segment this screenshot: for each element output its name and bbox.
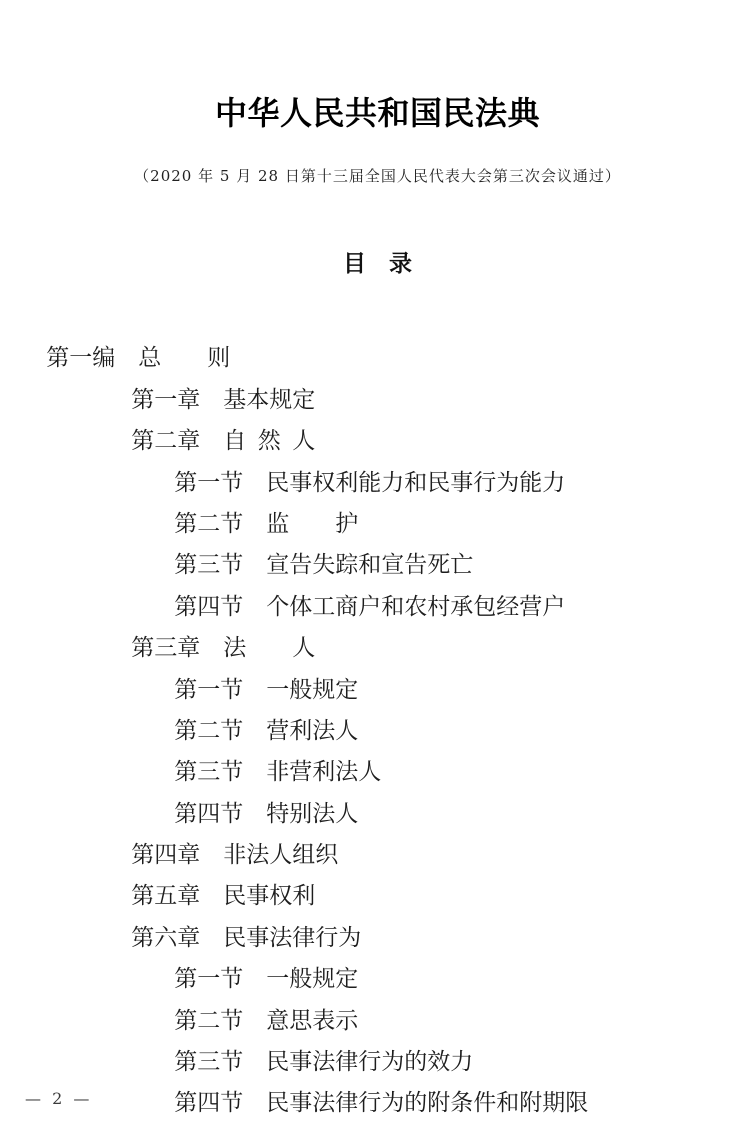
toc-entry-title: 法 人 <box>223 635 315 661</box>
toc-entry-label: 第一编 <box>46 345 115 371</box>
toc-entry-title: 非法人组织 <box>223 842 338 868</box>
toc-entry-label: 第五章 <box>131 883 200 909</box>
page-number: — 2 — <box>25 1089 92 1108</box>
toc-entry-title: 一般规定 <box>266 677 358 703</box>
toc-entry-label: 第三节 <box>174 1049 243 1075</box>
toc-entry-title: 个体工商户和农村承包经营户 <box>266 594 565 620</box>
toc-entry-title: 民事权利能力和民事行为能力 <box>266 470 565 496</box>
toc-entry: 第三节非营利法人 <box>0 711 755 752</box>
toc-entry-title: 监 护 <box>266 511 358 537</box>
toc-entry: 第四章非法人组织 <box>0 794 755 835</box>
toc-entry-title: 营利法人 <box>266 718 358 744</box>
toc-heading: 目 录 <box>0 245 755 278</box>
table-of-contents: 第一编总 则 第一章基本规定 第二章自 然 人 第一节民事权利能力和民事行为能力… <box>0 297 755 1083</box>
toc-entry-label: 第四节 <box>174 801 243 827</box>
toc-entry-label: 第三节 <box>174 759 243 785</box>
toc-entry-title: 民事法律行为 <box>223 925 361 951</box>
toc-entry-title: 特别法人 <box>266 801 358 827</box>
toc-entry-label: 第一节 <box>174 470 243 496</box>
toc-entry-label: 第一节 <box>174 966 243 992</box>
toc-entry-label: 第二节 <box>174 511 243 537</box>
toc-entry-label: 第二章 <box>131 428 200 454</box>
toc-entry-label: 第三节 <box>174 552 243 578</box>
toc-entry-label: 第三章 <box>131 635 200 661</box>
document-subtitle: （2020 年 5 月 28 日第十三届全国人民代表大会第三次会议通过） <box>0 165 755 186</box>
toc-entry: 第三节民事法律行为的效力 <box>0 1001 755 1042</box>
toc-entry-label: 第四节 <box>174 594 243 620</box>
toc-entry-label: 第二节 <box>174 718 243 744</box>
toc-entry-title: 民事法律行为的效力 <box>266 1049 473 1075</box>
toc-entry-title: 自 然 人 <box>223 428 315 454</box>
toc-entry-label: 第四章 <box>131 842 200 868</box>
toc-entry-title: 非营利法人 <box>266 759 381 785</box>
toc-entry-title: 民事法律行为的附条件和附期限 <box>266 1090 588 1116</box>
toc-entry-label: 第六章 <box>131 925 200 951</box>
toc-entry: 第三节宣告失踪和宣告死亡 <box>0 504 755 545</box>
toc-entry-title: 意思表示 <box>266 1008 358 1034</box>
toc-entry-title: 民事权利 <box>223 883 315 909</box>
toc-entry: 第一编总 则 <box>0 297 755 338</box>
document-page: 中华人民共和国民法典 （2020 年 5 月 28 日第十三届全国人民代表大会第… <box>0 0 755 1122</box>
toc-entry-label: 第一章 <box>131 387 200 413</box>
document-title: 中华人民共和国民法典 <box>0 88 755 134</box>
toc-entry-label: 第二节 <box>174 1008 243 1034</box>
toc-entry-label: 第四节 <box>174 1090 243 1116</box>
toc-entry-title: 一般规定 <box>266 966 358 992</box>
toc-entry-title: 基本规定 <box>223 387 315 413</box>
toc-entry-title: 宣告失踪和宣告死亡 <box>266 552 473 578</box>
toc-entry-title: 总 则 <box>138 345 230 371</box>
toc-entry-label: 第一节 <box>174 677 243 703</box>
